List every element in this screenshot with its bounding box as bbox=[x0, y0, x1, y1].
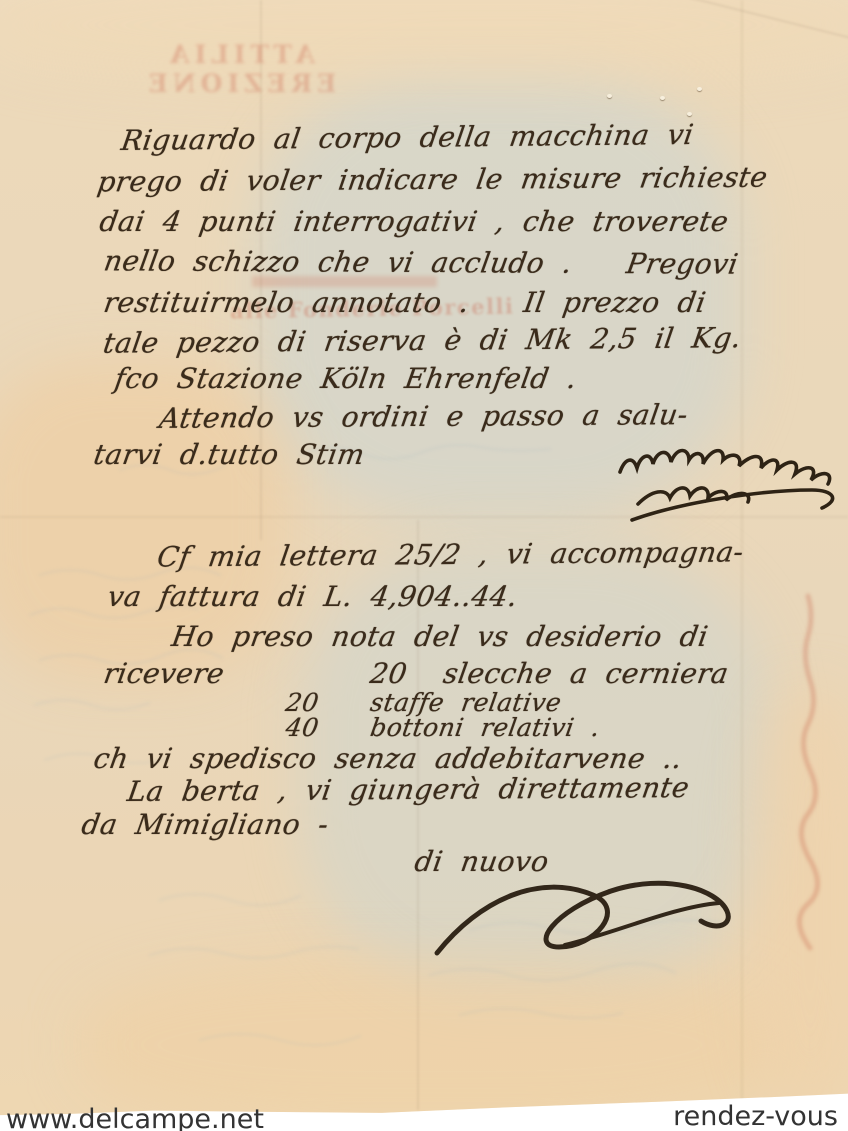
handwriting-line: dai 4 punti interrogativi , che troveret… bbox=[97, 205, 731, 238]
handwriting-line: ch vi spedisco senza addebitarvene .. bbox=[91, 742, 684, 775]
handwriting-line: tale pezzo di riserva è di Mk 2,5 il Kg. bbox=[101, 321, 744, 360]
handwriting-line: 40 bottoni relativi . bbox=[284, 713, 602, 742]
closing-paraph-flourish bbox=[425, 855, 770, 975]
scanned-letter-page: ATTILIA EREZIONE alle Fonderie Porcelli … bbox=[0, 0, 848, 1131]
handwriting-line: restituirmelo annotato . Il prezzo di bbox=[101, 286, 708, 319]
watermark-rendezvous: rendez-vous bbox=[673, 1101, 838, 1131]
pinhole bbox=[697, 87, 702, 91]
signature-flourish bbox=[612, 428, 848, 528]
handwriting-line: prego di voler indicare le misure richie… bbox=[95, 161, 770, 199]
handwriting-line: Riguardo al corpo della macchina vi bbox=[119, 118, 696, 157]
handwriting-line: tarvi d.tutto Stim bbox=[91, 438, 367, 471]
handwriting-line: La berta , vi giungerà direttamente bbox=[125, 771, 691, 808]
handwriting-line: Cf mia lettera 25/2 , vi accompagna- bbox=[155, 535, 746, 573]
handwriting-line: da Mimigliano - bbox=[79, 808, 331, 841]
handwriting-line: nello schizzo che vi accludo . Pregovi bbox=[102, 244, 741, 280]
handwriting-line: fco Stazione Köln Ehrenfeld . bbox=[112, 362, 579, 395]
handwriting-line: Ho preso nota del vs desiderio di bbox=[169, 620, 710, 653]
red-bleedthrough-edge bbox=[796, 590, 822, 960]
letterhead-bleedthrough-text: ATTILIA EREZIONE bbox=[85, 40, 395, 98]
handwriting-line: ricevere 20 slecche a cerniera bbox=[101, 657, 731, 690]
pinhole bbox=[660, 96, 665, 100]
pinhole bbox=[607, 94, 612, 98]
watermark-delcampe: www.delcampe.net bbox=[6, 1104, 264, 1131]
handwriting-line: Attendo vs ordini e passo a salu- bbox=[157, 398, 690, 435]
handwriting-line: va fattura di L. 4,904..44. bbox=[105, 580, 520, 613]
pinhole bbox=[687, 112, 692, 116]
